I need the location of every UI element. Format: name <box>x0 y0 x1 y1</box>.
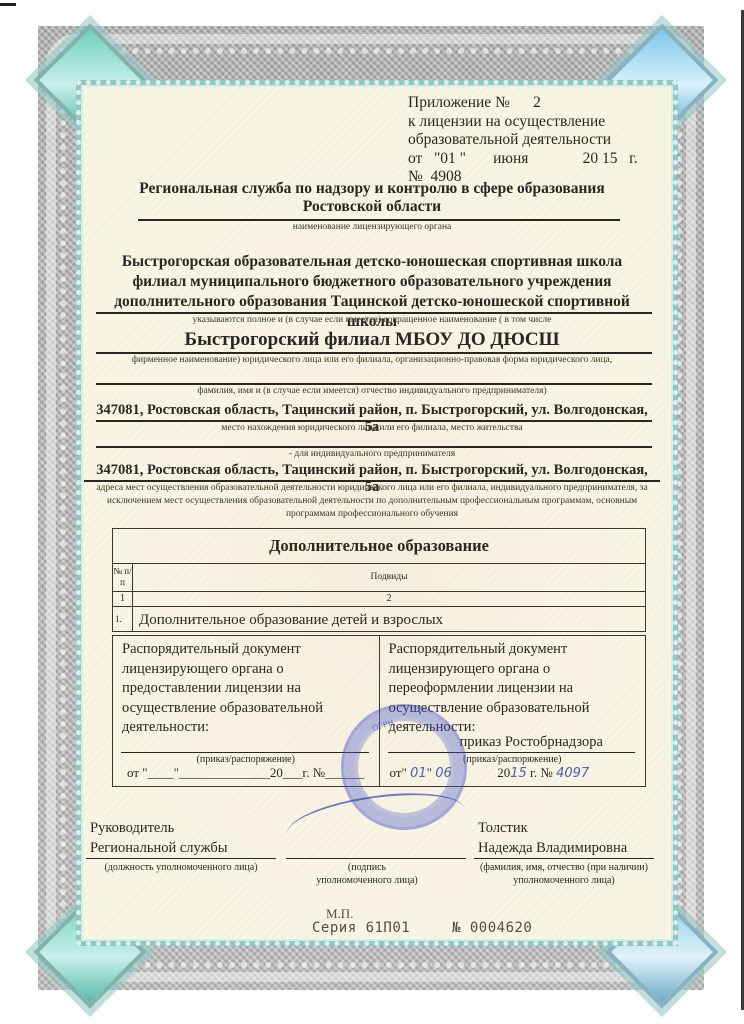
licensing-body: Региональная служба по надзору и контрол… <box>106 180 638 216</box>
table-row-value: Дополнительное образование детей и взрос… <box>133 607 645 631</box>
grant-date-line: от "____"______________20___г. №______ <box>127 756 364 790</box>
licensing-body-line2: Ростовской области <box>106 198 638 216</box>
signature-stroke-icon <box>283 784 468 861</box>
licensing-body-caption: наименование лицензирующего органа <box>76 221 668 233</box>
text-line: переоформлении лицензии на <box>389 679 590 699</box>
signer-given-names: Надежда Владимировна <box>478 838 627 858</box>
position-line2: Региональной службы <box>90 838 228 858</box>
signer-position: Руководитель Региональной службы <box>90 818 228 858</box>
appendix-date: от "01 " июня 20 15 г. <box>408 150 638 169</box>
year-prefix: 20 <box>497 765 510 780</box>
table-row-num: 1. <box>113 607 133 631</box>
table-title: Дополнительное образование <box>113 529 645 564</box>
reissue-year: 15 <box>510 766 527 781</box>
order-line <box>121 752 369 753</box>
decision-grant-text: Распорядительный документ лицензирующего… <box>122 640 323 738</box>
text-line: Распорядительный документ <box>122 640 323 660</box>
text-line: лицензирующего органа о <box>389 660 590 680</box>
table-index-cell: 1 <box>113 592 133 606</box>
education-types-table: Дополнительное образование № п/п Подвиды… <box>112 528 646 632</box>
document-content: Приложение № 2 к лицензии на осуществлен… <box>76 80 668 936</box>
signer-surname: Толстик <box>478 818 627 838</box>
position-line1: Руководитель <box>90 818 228 838</box>
reissue-order-number: 4097 <box>556 766 589 781</box>
name-line <box>474 858 654 859</box>
scan-mark <box>0 3 16 6</box>
table-index-row: 1 2 <box>113 592 645 607</box>
table-row: 1. Дополнительное образование детей и вз… <box>113 607 645 631</box>
licensee-caption: указываются полное и (в случае если имее… <box>76 314 668 326</box>
text-line: предоставлении лицензии на <box>122 679 323 699</box>
licensing-body-line1: Региональная служба по надзору и контрол… <box>106 180 638 198</box>
licensee-ip-caption: фамилия, имя и (в случае если имеется) о… <box>76 385 668 397</box>
form-serial-number: № 0004620 <box>452 920 532 936</box>
appendix-header: Приложение № 2 к лицензии на осуществлен… <box>408 94 638 187</box>
licensee-short-caption: фирменное наименование) юридического лиц… <box>76 354 668 366</box>
decision-grant: Распорядительный документ лицензирующего… <box>113 636 379 786</box>
activity-place-caption: адреса мест осуществления образовательно… <box>86 482 658 521</box>
form-series: Серия 61П01 <box>312 920 410 936</box>
table-header-subtypes: Подвиды <box>133 564 645 591</box>
signature-line <box>286 858 466 859</box>
position-caption: (должность уполномоченного лица) <box>86 861 276 874</box>
signature-caption: (подпись уполномоченного лица) <box>312 861 422 887</box>
signer-name: Толстик Надежда Владимировна <box>478 818 627 858</box>
number-label: г. № <box>530 765 553 780</box>
text-line: деятельности: <box>122 718 323 738</box>
location-caption: место нахождения юридического лица или е… <box>76 422 668 434</box>
position-line <box>86 858 276 859</box>
text-line: Распорядительный документ <box>389 640 590 660</box>
appendix-activity: образовательной деятельности <box>408 131 638 150</box>
table-index-cell: 2 <box>133 592 645 606</box>
appendix-license-ref: к лицензии на осуществление <box>408 113 638 132</box>
table-header-row: № п/п Подвиды <box>113 564 645 592</box>
text-line: лицензирующего органа о <box>122 660 323 680</box>
reissue-order-name: приказ Ростобрнадзора <box>460 734 604 751</box>
appendix-number: Приложение № 2 <box>408 94 638 113</box>
table-header-num: № п/п <box>113 564 133 591</box>
text-line: осуществление образовательной <box>122 699 323 719</box>
location-ip-caption: - для индивидуального предпринимателя <box>76 448 668 460</box>
stamp-text: ОГРН <box>371 718 395 733</box>
name-caption: (фамилия, имя, отчество (при наличии) уп… <box>476 861 652 887</box>
licensee-short-name: Быстрогорский филиал МБОУ ДО ДЮСШ <box>96 329 648 351</box>
